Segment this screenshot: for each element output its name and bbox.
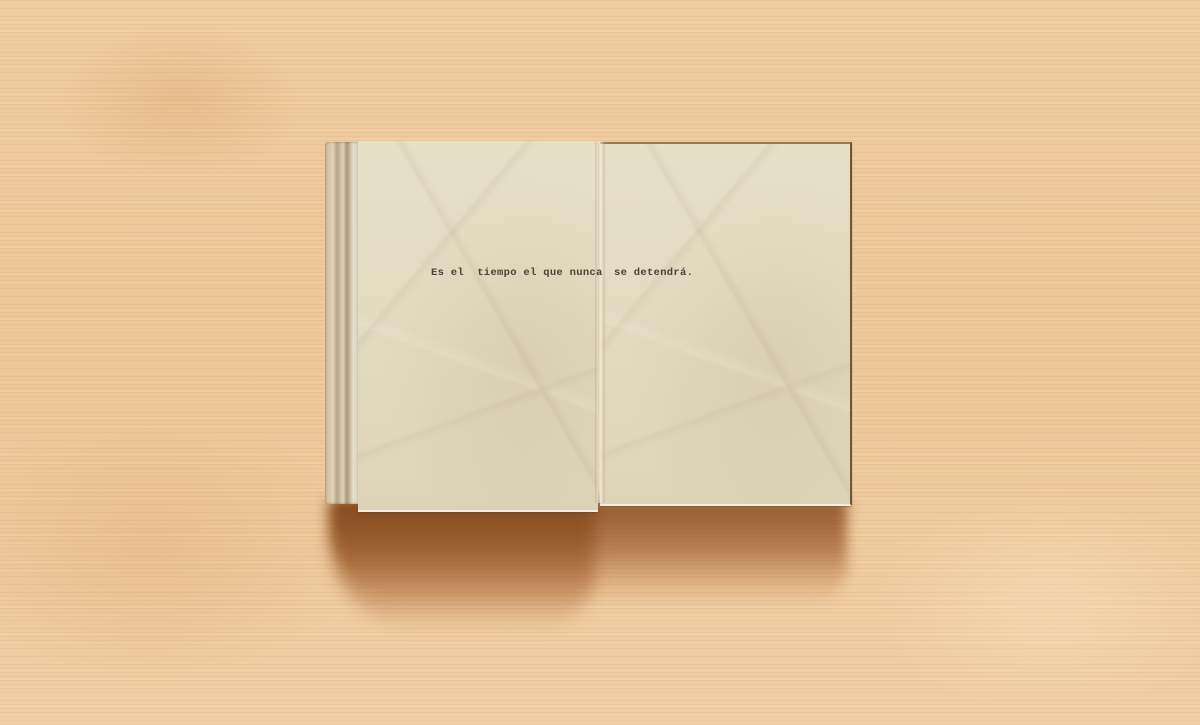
left-page-text: Es el tiempo el que nunca xyxy=(431,267,603,279)
right-page-text: se detendrá. xyxy=(614,267,693,279)
book-spine xyxy=(595,141,605,503)
left-page xyxy=(358,141,598,512)
right-page xyxy=(600,142,852,506)
book-shadow xyxy=(332,500,847,605)
wooden-surface: Es el tiempo el que nunca se detendrá. xyxy=(0,0,1200,725)
